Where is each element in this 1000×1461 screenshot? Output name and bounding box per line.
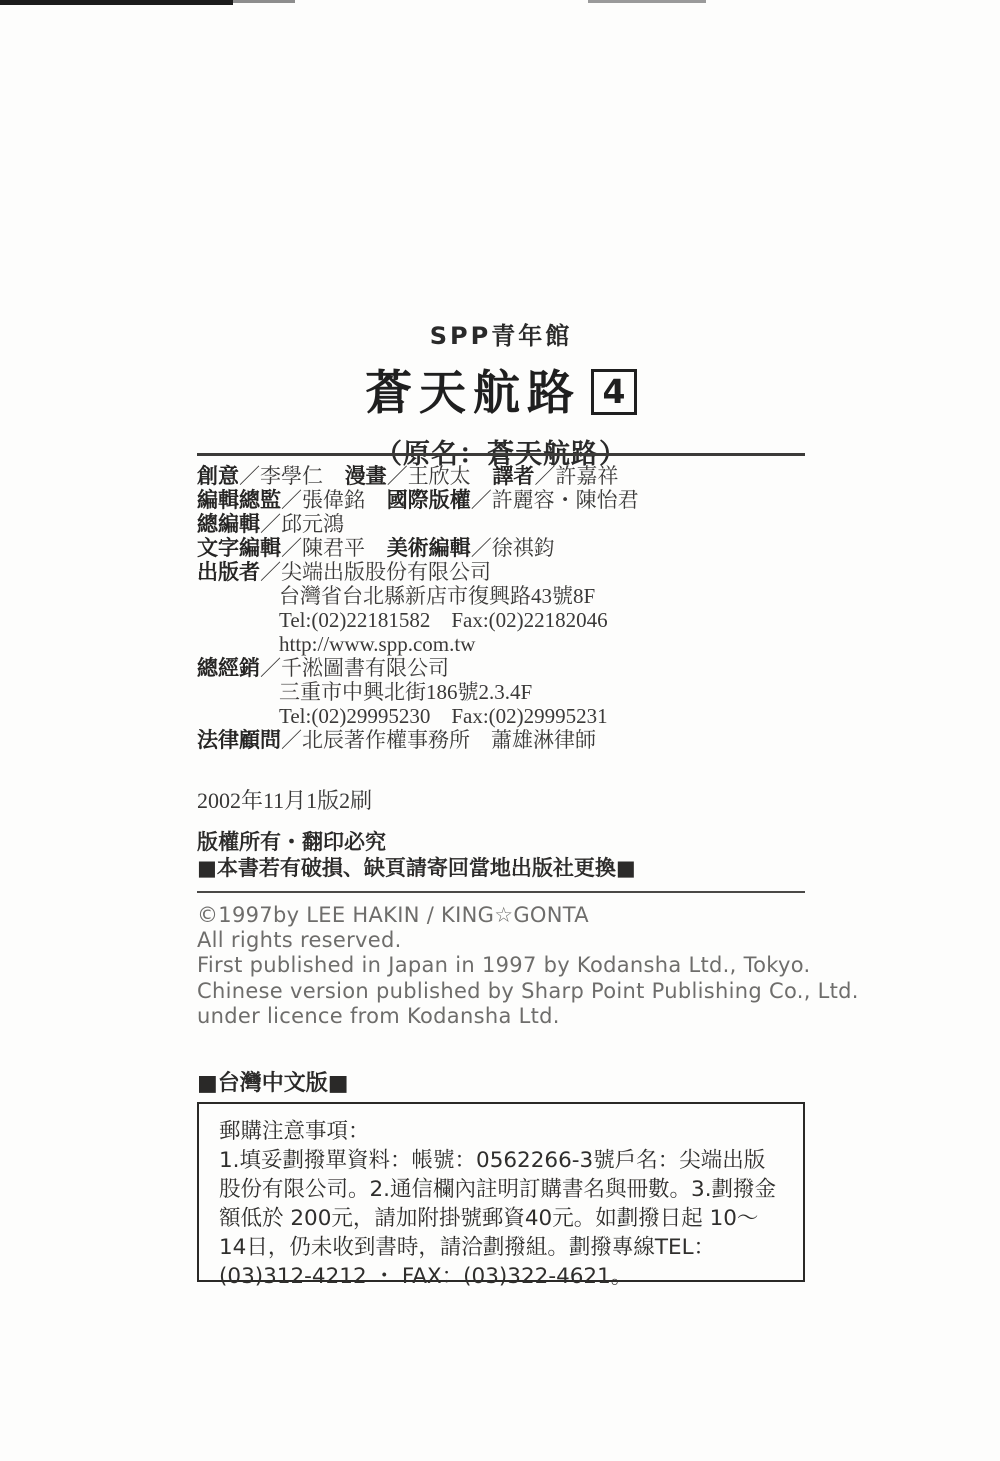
credit-separator: ／: [471, 488, 492, 512]
credit-label: 美術編輯: [387, 536, 471, 560]
publisher-url: http://www.spp.com.tw: [197, 632, 837, 656]
credit-value: 邱元鴻: [281, 512, 344, 536]
damage-replacement-notice: ■本書若有破損、缺頁請寄回當地出版社更換■: [197, 855, 636, 881]
english-copyright-line: ©1997by LEE HAKIN / KING☆GONTA: [197, 903, 859, 928]
credit-separator: ／: [260, 656, 281, 680]
credit-value: 陳君平: [302, 536, 365, 560]
credit-separator: ／: [281, 488, 302, 512]
title-block: SPP青年館 蒼天航路4 （原名：蒼天航路）: [197, 316, 805, 471]
credits-block: 創意／李學仁 漫畫／王欣太 譯者／許嘉祥 編輯總監／張偉銘 國際版權／許麗容・陳…: [197, 464, 837, 752]
mail-order-body: 1.填妥劃撥單資料：帳號：0562266-3號戶名：尖端出版股份有限公司。2.通…: [219, 1146, 783, 1291]
english-copyright-line: First published in Japan in 1997 by Koda…: [197, 953, 859, 978]
credit-label: 國際版權: [387, 488, 471, 512]
credit-value: 王欣太: [408, 464, 471, 488]
taiwan-edition-label: ■台灣中文版■: [197, 1066, 349, 1097]
credit-label: 出版者: [197, 560, 260, 584]
credit-separator: ／: [387, 464, 408, 488]
credit-value: 尖端出版股份有限公司: [281, 560, 491, 584]
divider-middle: [197, 891, 805, 893]
credit-separator: ／: [239, 464, 260, 488]
credit-row: 編輯總監／張偉銘 國際版權／許麗容・陳怡君: [197, 488, 837, 512]
edition-note: 2002年11月1版2刷: [197, 784, 372, 815]
mail-order-box: 郵購注意事項： 1.填妥劃撥單資料：帳號：0562266-3號戶名：尖端出版股份…: [197, 1102, 805, 1282]
credit-row: 創意／李學仁 漫畫／王欣太 譯者／許嘉祥: [197, 464, 837, 488]
english-copyright-block: ©1997by LEE HAKIN / KING☆GONTA All right…: [197, 903, 859, 1029]
credit-value: 許嘉祥: [555, 464, 618, 488]
credit-separator: ／: [260, 512, 281, 536]
distributor-phone: Tel:(02)29995230 Fax:(02)29995231: [197, 704, 837, 728]
copyright-notice: 版權所有・翻印必究: [197, 829, 636, 855]
scan-artifact: [233, 0, 295, 3]
credit-label: 編輯總監: [197, 488, 281, 512]
book-title-line: 蒼天航路4: [197, 356, 805, 423]
credit-value: 徐祺鈞: [492, 536, 555, 560]
credit-label: 譯者: [492, 464, 534, 488]
credit-row: 法律顧問／北辰著作權事務所 蕭雄淋律師: [197, 728, 837, 752]
credit-row: 出版者／尖端出版股份有限公司: [197, 560, 837, 584]
english-copyright-line: All rights reserved.: [197, 928, 859, 953]
mail-order-heading: 郵購注意事項：: [219, 1117, 783, 1146]
scan-artifact: [0, 0, 233, 5]
volume-badge: 4: [591, 369, 637, 415]
scan-artifact: [588, 0, 706, 3]
credit-label: 漫畫: [345, 464, 387, 488]
credit-value: 北辰著作權事務所 蕭雄淋律師: [302, 728, 596, 752]
credit-row: 總經銷／千淞圖書有限公司: [197, 656, 837, 680]
english-copyright-line: under licence from Kodansha Ltd.: [197, 1004, 859, 1029]
publisher-phone: Tel:(02)22181582 Fax:(02)22182046: [197, 608, 837, 632]
book-title: 蒼天航路: [365, 366, 581, 421]
credit-label: 文字編輯: [197, 536, 281, 560]
credit-label: 總經銷: [197, 656, 260, 680]
colophon-page: SPP青年館 蒼天航路4 （原名：蒼天航路） 創意／李學仁 漫畫／王欣太 譯者／…: [0, 0, 1000, 1461]
credit-label: 創意: [197, 464, 239, 488]
series-label: SPP青年館: [197, 316, 805, 351]
credit-row: 總編輯／邱元鴻: [197, 512, 837, 536]
divider-top: [197, 453, 805, 456]
rights-block: 版權所有・翻印必究 ■本書若有破損、缺頁請寄回當地出版社更換■: [197, 829, 636, 881]
distributor-address: 三重市中興北街186號2.3.4F: [197, 680, 837, 704]
credit-separator: ／: [281, 728, 302, 752]
credit-row: 文字編輯／陳君平 美術編輯／徐祺鈞: [197, 536, 837, 560]
credit-value: 千淞圖書有限公司: [281, 656, 449, 680]
credit-separator: ／: [281, 536, 302, 560]
credit-value: 許麗容・陳怡君: [492, 488, 639, 512]
credit-separator: ／: [471, 536, 492, 560]
credit-separator: ／: [534, 464, 555, 488]
publisher-address: 台灣省台北縣新店市復興路43號8F: [197, 584, 837, 608]
credit-label: 總編輯: [197, 512, 260, 536]
credit-separator: ／: [260, 560, 281, 584]
credit-value: 李學仁: [260, 464, 323, 488]
credit-value: 張偉銘: [302, 488, 365, 512]
credit-label: 法律顧問: [197, 728, 281, 752]
english-copyright-line: Chinese version published by Sharp Point…: [197, 979, 859, 1004]
